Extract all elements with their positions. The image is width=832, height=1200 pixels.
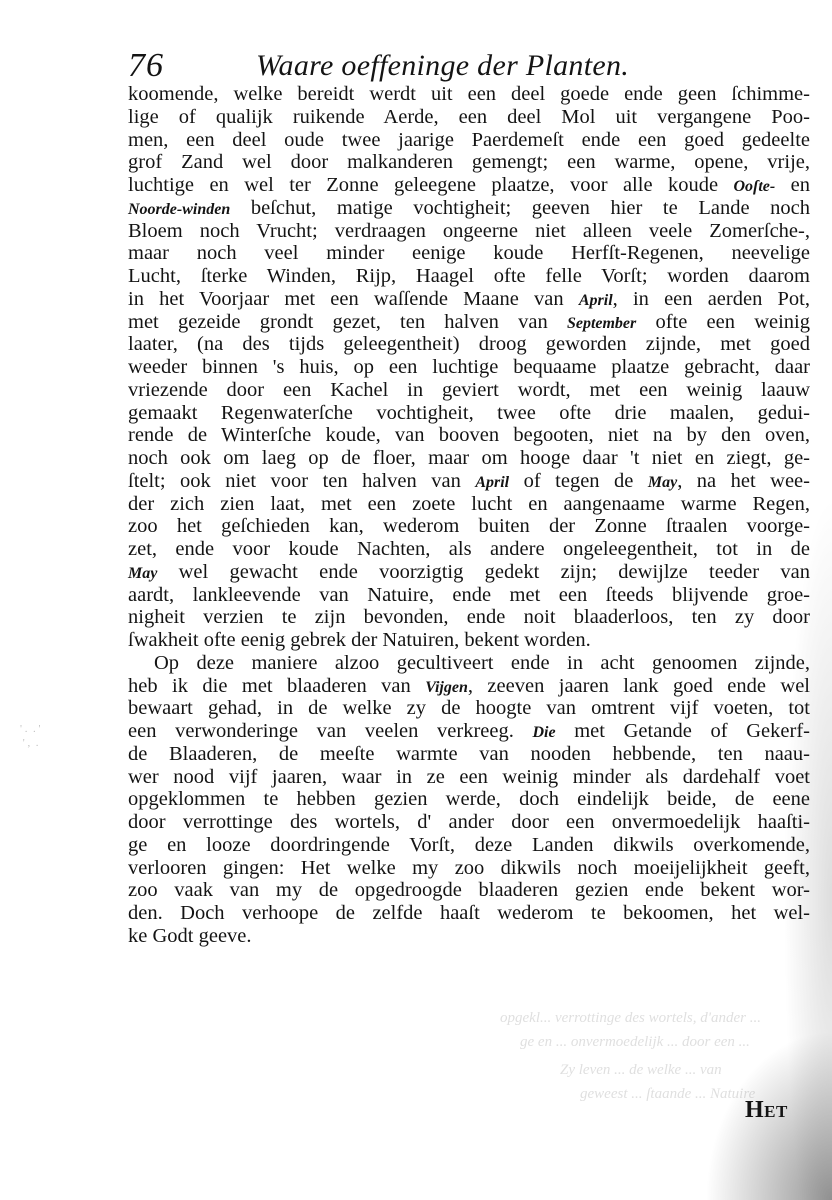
text-line: bewaart gehad, in de welke zy de hoogte …: [128, 697, 810, 720]
text-run: beſchut, matige vochtigheit; geeven hier…: [230, 197, 810, 219]
text-line: een verwonderinge van veelen verkreeg. D…: [128, 720, 810, 743]
text-line: Bloem noch Vrucht; verdraagen ongeerne n…: [128, 220, 810, 243]
italic-term: April: [475, 474, 509, 491]
text-line: lige of qualijk ruikende Aerde, een deel…: [128, 106, 810, 129]
text-run: bewaart gehad, in de welke zy de hoogte …: [128, 697, 810, 719]
text-line: opgeklommen te hebben gezien werde, doch…: [128, 788, 810, 811]
text-run: noch ook om laeg op de floer, maar om ho…: [128, 447, 810, 469]
text-line: ſwakheit ofte eenig gebrek der Natuiren,…: [128, 629, 810, 652]
text-line: maar noch veel minder eenige koude Herfſ…: [128, 242, 810, 265]
italic-term: Ooſte-: [733, 178, 775, 195]
text-line: laater, (na des tijds geleegentheit) dro…: [128, 333, 810, 356]
text-run: en: [775, 174, 810, 196]
italic-term: April: [579, 292, 613, 309]
text-run: den. Doch verhoope de zelfde haaſt weder…: [128, 902, 810, 924]
margin-smudge: ' . . ' ' , .: [20, 722, 40, 750]
italic-term: Die: [532, 724, 555, 741]
show-through-text: opgekl... verrottinge des wortels, d'and…: [500, 1010, 761, 1027]
text-line: weeder binnen 's huis, op een luchtige b…: [128, 356, 810, 379]
text-line: May wel gewacht ende voorzigtig gedekt z…: [128, 561, 810, 584]
book-page: 76 Waare oeffeninge der Planten. koomend…: [0, 0, 832, 1200]
text-line: der zich zien laat, met een zoete lucht …: [128, 493, 810, 516]
text-line: vriezende door een Kachel in geviert wor…: [128, 379, 810, 402]
text-run: , in een aerden Pot,: [613, 288, 810, 310]
text-run: lige of qualijk ruikende Aerde, een deel…: [128, 106, 810, 128]
text-line: Lucht, ſterke Winden, Rijp, Haagel ofte …: [128, 265, 810, 288]
text-run: Lucht, ſterke Winden, Rijp, Haagel ofte …: [128, 265, 810, 287]
text-line: rende de Winterſche koude, van booven be…: [128, 424, 810, 447]
text-line: wer nood vijf jaaren, waar in ze een wei…: [128, 766, 810, 789]
text-line: ſtelt; ook niet voor ten halven van Apri…: [128, 470, 810, 493]
text-run: Op deze maniere alzoo gecultiveert ende …: [154, 652, 810, 674]
italic-term: September: [567, 315, 636, 332]
text-line: luchtige en wel ter Zonne geleegene plaa…: [128, 174, 810, 197]
text-run: opgeklommen te hebben gezien werde, doch…: [128, 788, 810, 810]
text-line: grof Zand wel door malkanderen gemengt; …: [128, 151, 810, 174]
text-run: zoo het geſchieden kan, wederom buiten d…: [128, 515, 810, 537]
text-run: ge en looze doordringende Vorſt, deze La…: [128, 834, 810, 856]
catchword: Het: [745, 1097, 788, 1124]
text-run: door verrottinge des wortels, d' ander d…: [128, 811, 810, 833]
page-number: 76: [128, 44, 164, 88]
text-run: ke Godt geeve.: [128, 925, 252, 947]
show-through-text: geweest ... ſtaande ... Natuire: [580, 1086, 755, 1103]
text-line: zoo het geſchieden kan, wederom buiten d…: [128, 515, 810, 538]
text-run: met Getande of Gekerf-: [556, 720, 810, 742]
text-run: der zich zien laat, met een zoete lucht …: [128, 493, 810, 515]
show-through-text: ge en ... onvermoedelijk ... door een ..…: [520, 1034, 750, 1051]
text-run: een verwonderinge van veelen verkreeg.: [128, 720, 532, 742]
text-line: aardt, lankleevende van Natuire, ende me…: [128, 584, 810, 607]
text-run: of tegen de: [509, 470, 648, 492]
text-run: heb ik die met blaaderen van: [128, 675, 425, 697]
italic-term: May: [128, 565, 157, 582]
text-run: luchtige en wel ter Zonne geleegene plaa…: [128, 174, 733, 196]
text-line: men, een deel oude twee jaarige Paerdeme…: [128, 129, 810, 152]
text-run: laater, (na des tijds geleegentheit) dro…: [128, 333, 810, 355]
text-run: ofte een weinig: [636, 311, 810, 333]
text-line: door verrottinge des wortels, d' ander d…: [128, 811, 810, 834]
text-line: den. Doch verhoope de zelfde haaſt weder…: [128, 902, 810, 925]
text-line: koomende, welke bereidt werdt uit een de…: [128, 83, 810, 106]
text-run: rende de Winterſche koude, van booven be…: [128, 424, 810, 446]
text-run: vriezende door een Kachel in geviert wor…: [128, 379, 810, 401]
text-run: , zeeven jaaren lank goed ende wel: [468, 675, 810, 697]
text-line: zoo vaak van my de opgedroogde blaaderen…: [128, 879, 810, 902]
text-line: in het Voorjaar met een waſſende Maane v…: [128, 288, 810, 311]
text-run: gemaakt Regenwaterſche vochtigheit, twee…: [128, 402, 810, 424]
running-title: Waare oeffeninge der Planten.: [256, 46, 629, 86]
text-run: weeder binnen 's huis, op een luchtige b…: [128, 356, 810, 378]
text-line: noch ook om laeg op de floer, maar om ho…: [128, 447, 810, 470]
text-run: verlooren gingen: Het welke my zoo dikwi…: [128, 857, 810, 879]
italic-term: Noorde-winden: [128, 201, 230, 218]
text-run: men, een deel oude twee jaarige Paerdeme…: [128, 129, 810, 151]
text-run: , na het wee-: [677, 470, 810, 492]
text-run: met gezeide grondt gezet, ten halven van: [128, 311, 567, 333]
show-through-text: Zy leven ... de welke ... van: [560, 1062, 722, 1079]
text-line: nigheit verzien te zijn bevonden, ende n…: [128, 606, 810, 629]
text-line: heb ik die met blaaderen van Vijgen, zee…: [128, 675, 810, 698]
text-run: maar noch veel minder eenige koude Herfſ…: [128, 242, 810, 264]
text-line: zet, ende voor koude Nachten, als andere…: [128, 538, 810, 561]
text-line: Noorde-winden beſchut, matige vochtighei…: [128, 197, 810, 220]
text-run: Bloem noch Vrucht; verdraagen ongeerne n…: [128, 220, 810, 242]
text-run: ſwakheit ofte eenig gebrek der Natuiren,…: [128, 629, 591, 651]
text-run: nigheit verzien te zijn bevonden, ende n…: [128, 606, 810, 628]
text-line: verlooren gingen: Het welke my zoo dikwi…: [128, 857, 810, 880]
text-run: de Blaaderen, de meeſte warmte van noode…: [128, 743, 810, 765]
italic-term: Vijgen: [425, 679, 468, 696]
text-run: wer nood vijf jaaren, waar in ze een wei…: [128, 766, 810, 788]
text-run: wel gewacht ende voorzigtig gedekt zijn;…: [157, 561, 810, 583]
text-run: zet, ende voor koude Nachten, als andere…: [128, 538, 810, 560]
text-line: ke Godt geeve.: [128, 925, 810, 948]
text-run: koomende, welke bereidt werdt uit een de…: [128, 83, 810, 105]
text-line: de Blaaderen, de meeſte warmte van noode…: [128, 743, 810, 766]
body-text: koomende, welke bereidt werdt uit een de…: [128, 83, 810, 948]
text-line: Op deze maniere alzoo gecultiveert ende …: [128, 652, 810, 675]
text-line: ge en looze doordringende Vorſt, deze La…: [128, 834, 810, 857]
italic-term: May: [648, 474, 677, 491]
text-run: aardt, lankleevende van Natuire, ende me…: [128, 584, 810, 606]
text-line: met gezeide grondt gezet, ten halven van…: [128, 311, 810, 334]
text-run: ſtelt; ook niet voor ten halven van: [128, 470, 475, 492]
text-line: gemaakt Regenwaterſche vochtigheit, twee…: [128, 402, 810, 425]
text-run: zoo vaak van my de opgedroogde blaaderen…: [128, 879, 810, 901]
text-run: grof Zand wel door malkanderen gemengt; …: [128, 151, 810, 173]
text-run: in het Voorjaar met een waſſende Maane v…: [128, 288, 579, 310]
